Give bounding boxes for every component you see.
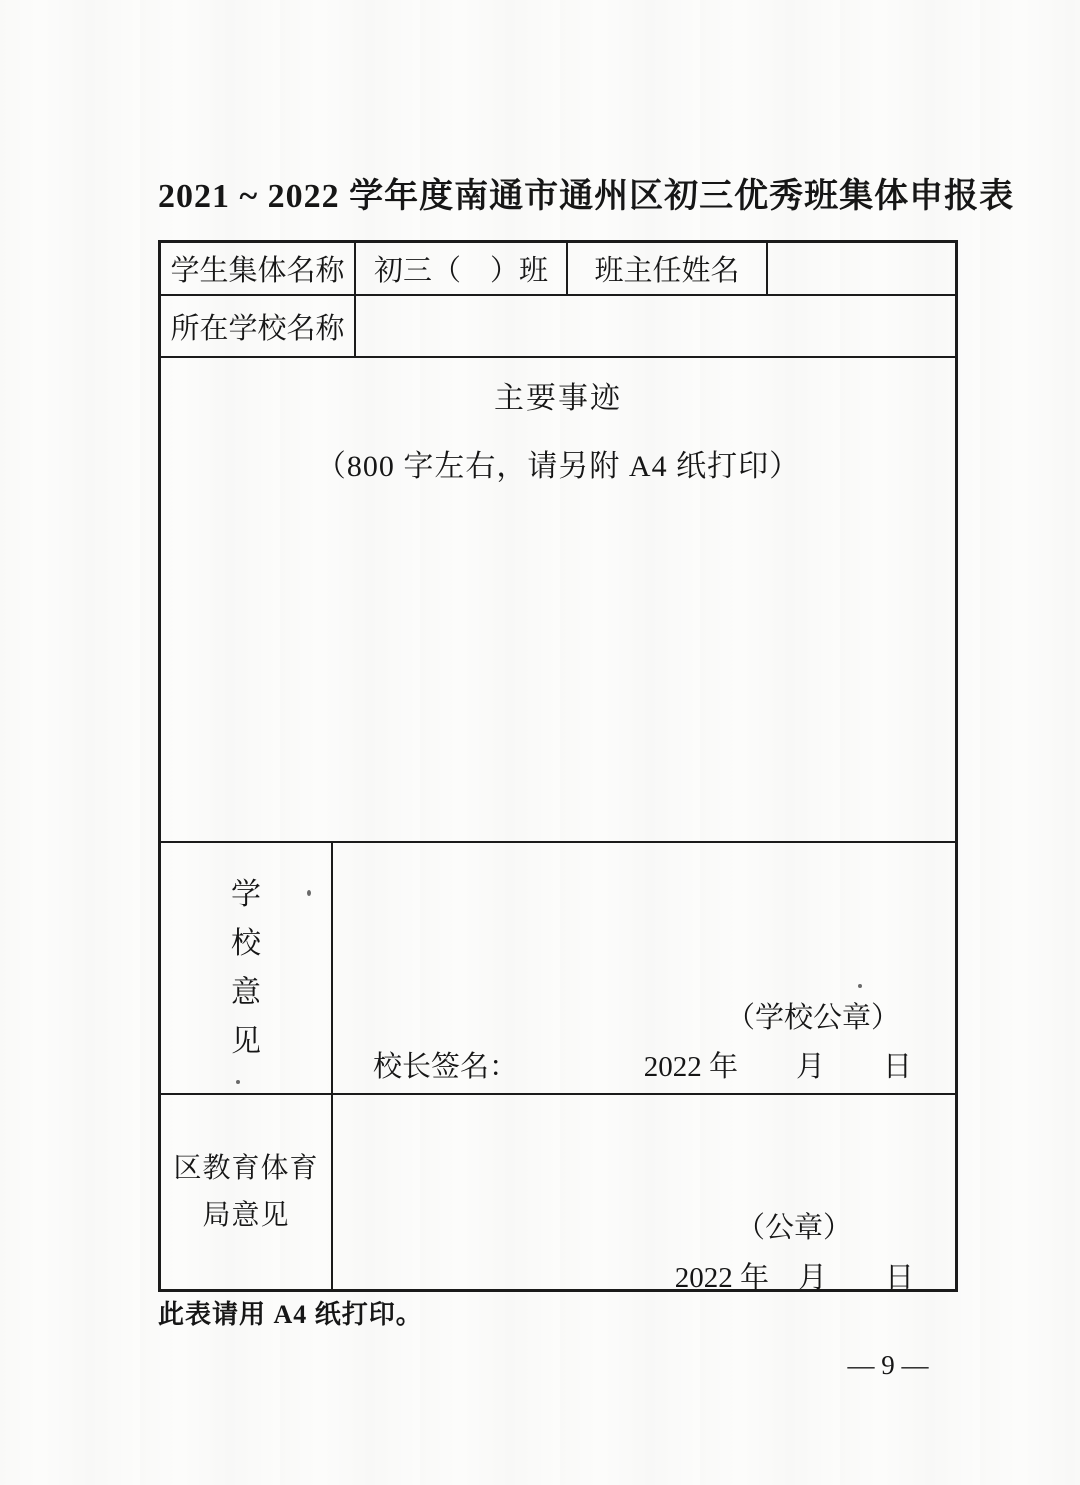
main-deeds-cell: 主要事迹 （800 字左右，请另附 A4 纸打印） — [161, 358, 955, 843]
school-label-cell: 所在学校名称 — [161, 296, 356, 358]
scan-artifact-dot — [858, 984, 862, 988]
school-opinion-label-char: 见 — [231, 1017, 261, 1066]
school-opinion-content-cell: （学校公章） 校长签名： 2022 年 月 日 — [333, 843, 955, 1095]
school-sign-row: 校长签名： 2022 年 月 日 — [373, 1044, 912, 1085]
teacher-label-cell: 班主任姓名 — [568, 243, 768, 296]
district-opinion-label-line2: 局意见 — [202, 1192, 289, 1239]
school-seal-hint: （学校公章） — [726, 995, 900, 1036]
document-title: 2021 ~ 2022 学年度南通市通州区初三优秀班集体申报表 — [158, 168, 958, 217]
school-opinion-label-char: 校 — [231, 919, 261, 968]
scan-artifact-dot — [236, 1080, 240, 1084]
school-opinion-label-char: 学 — [231, 870, 261, 919]
page-number: — 9 — — [836, 1350, 940, 1381]
class-name-value-cell: 初三（ ）班 — [356, 243, 568, 296]
district-opinion-label-cell: 区教育体育 局意见 — [161, 1095, 333, 1289]
school-opinion-label-char: 意 — [231, 968, 261, 1017]
application-form-table: 学生集体名称 初三（ ）班 班主任姓名 所在学校名称 主要事迹 （800 字左右… — [158, 240, 958, 1292]
district-opinion-content-cell: （公章） 2022 年 月 日 — [333, 1095, 955, 1289]
footer-print-note: 此表请用 A4 纸打印。 — [158, 1294, 423, 1331]
district-opinion-label-line1: 区教育体育 — [173, 1145, 318, 1192]
main-deeds-heading: 主要事迹 — [161, 373, 955, 417]
main-deeds-note: （800 字左右，请另附 A4 纸打印） — [161, 441, 955, 485]
district-opinion-date: 2022 年 月 日 — [675, 1255, 914, 1296]
district-seal-hint: （公章） — [736, 1205, 852, 1246]
school-value-cell — [356, 296, 955, 358]
class-name-label-cell: 学生集体名称 — [161, 243, 356, 296]
teacher-value-cell — [768, 243, 955, 296]
school-opinion-label-cell: 学 校 意 见 — [161, 843, 333, 1095]
scanned-document-page: 2021 ~ 2022 学年度南通市通州区初三优秀班集体申报表 学生集体名称 初… — [0, 0, 1080, 1485]
scan-artifact-dot — [307, 890, 311, 896]
school-opinion-date: 2022 年 月 日 — [644, 1044, 912, 1085]
principal-signature-label: 校长签名： — [373, 1044, 518, 1085]
